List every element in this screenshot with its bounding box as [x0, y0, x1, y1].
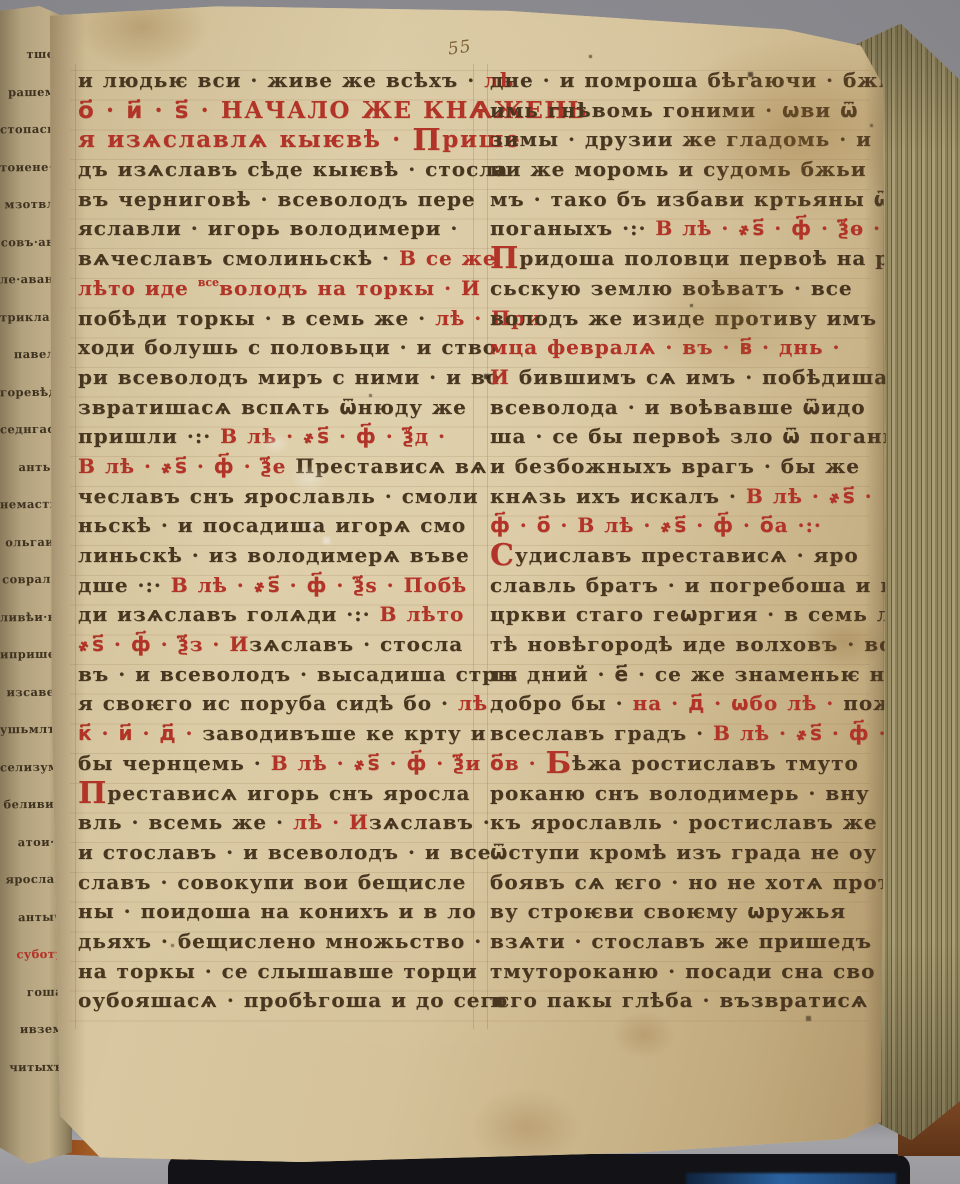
- ink-text: на торкы · се слышавше торци: [78, 959, 478, 983]
- rubric-text: В лѣто: [380, 602, 465, 626]
- ink-text: всеволода · и воѣвавше ѿидо: [490, 395, 866, 419]
- ink-text: заводивъше ке крту и: [202, 721, 486, 745]
- text-line: к҃ · и҃ · д҃ · заводивъше ке крту и: [78, 719, 478, 749]
- text-line: имь гнѣвомь гоними · ѡви ѿ: [490, 96, 888, 126]
- ink-text: и людьѥ вси · живе же всѣхъ ·: [78, 68, 484, 92]
- ink-text: роканю снъ володимерь · вну: [490, 781, 870, 805]
- ink-text: поганыхъ ·:·: [490, 216, 655, 240]
- ink-text: въ черниговѣ · всеволодъ пере: [78, 187, 476, 211]
- rubric-text: мца февралѧ · въ · в҃ · днь ·: [490, 335, 840, 359]
- text-line: въ черниговѣ · всеволодъ пере: [78, 185, 478, 215]
- ink-text: взѧти · стославъ же пришедъ: [490, 929, 872, 953]
- ink-text: дне · и помроша бѣгаючи · бжь: [490, 68, 893, 92]
- ink-text: ѥго пакы глѣба · възвратисѧ: [490, 988, 868, 1012]
- text-line: ди изѧславъ голѧди ·:· В лѣто: [78, 600, 478, 630]
- ink-text: ѣжа ростиславъ тмуто: [572, 751, 859, 775]
- text-line: тѣ новѣгородѣ иде волховъ · вспѧ: [490, 630, 888, 660]
- rubric-text: лѣ · И: [293, 810, 369, 834]
- text-line: мъ · тако бъ избави кртьяны ѿ: [490, 185, 888, 215]
- rubric-text: володъ на торкы · И: [219, 276, 481, 300]
- ink-text: славъ · совокупи вои бещисле: [78, 870, 466, 894]
- ink-text: зѧславъ · стосла: [249, 632, 463, 656]
- ink-text: ходи болушь с половьци · и ство: [78, 335, 497, 359]
- text-line: лѣто иде всеволодъ на торкы · И: [78, 274, 478, 304]
- text-line: роканю снъ володимерь · вну: [490, 779, 888, 809]
- ink-text: сьскую землю воѣватъ · все: [490, 276, 853, 300]
- rubric-text: В лѣ · ҂ѕ҃ · ф҃ · ѯ҃д ·: [220, 424, 446, 448]
- text-line: сьскую землю воѣватъ · все: [490, 274, 888, 304]
- text-line: ша · се бы первоѣ зло ѿ поганы: [490, 422, 888, 452]
- text-line: цркви стаго геѡргия · в семь лѣ: [490, 600, 888, 630]
- right-text-column: дне · и помроша бѣгаючи · бжьимь гнѣвомь…: [490, 66, 888, 1016]
- rubric-text: И: [490, 365, 510, 389]
- text-line: и стославъ · и всеволодъ · и все: [78, 838, 478, 868]
- text-line: побѣди торкы · в семь же · лѣ · При: [78, 304, 478, 334]
- text-line: на торкы · се слышавше торци: [78, 957, 478, 987]
- ink-text: дъ изѧславъ сѣде кыѥвѣ · стосла: [78, 157, 508, 181]
- text-line: ни же моромь и судомь бжьи: [490, 155, 888, 185]
- text-line: ри всеволодъ миръ с ними · и во: [78, 363, 478, 393]
- text-line: къ ярославль · ростиславъ же: [490, 808, 888, 838]
- blue-glint: [686, 1173, 896, 1184]
- text-line: оубояшасѧ · пробѣгоша и до сего: [78, 986, 478, 1016]
- ink-text: зимы · друзии же гладомь · и: [490, 127, 872, 151]
- ink-text: ньскѣ · и посадиша игорѧ смо: [78, 513, 466, 537]
- ink-text: зѧславъ ·: [369, 810, 491, 834]
- left-text-column: и людьѥ вси · живе же всѣхъ · лѣо҃ · и҃ …: [78, 66, 478, 1016]
- rubric-text: ф҃ · о҃ · В лѣ · ҂ѕ҃ · ф҃ · о҃а ·:·: [490, 513, 822, 537]
- text-line: мца февралѧ · въ · в҃ · днь ·: [490, 333, 888, 363]
- rubric-text: ҂ѕ҃ · ф҃ · ѯ҃з · И: [78, 632, 249, 656]
- text-line: Судиславъ престависѧ · яро: [490, 541, 888, 571]
- rubric-text: к҃ · и҃ · д҃ ·: [78, 721, 202, 745]
- ink-text: тѣ новѣгородѣ иде волховъ · вспѧ: [490, 632, 926, 656]
- ink-text: ридоша половци первоѣ на ру: [519, 246, 904, 270]
- ink-text: бившимъ сѧ имъ · побѣдиша: [510, 365, 888, 389]
- ink-text: тмутороканю · посади сна сво: [490, 959, 875, 983]
- rubric-text: о҃в ·: [490, 751, 546, 775]
- rubric-text: П: [78, 776, 107, 811]
- text-line: я изѧславлѧ кыѥвѣ · Прише: [78, 125, 478, 155]
- ink-text: ву строѥви своѥму ѡружья: [490, 899, 846, 923]
- folio-number: 55: [447, 36, 473, 59]
- ink-text: чеславъ снъ ярославль · смоли: [78, 484, 479, 508]
- text-line: славъ · совокупи вои бещисле: [78, 868, 478, 898]
- ink-text: ша · се бы первоѣ зло ѿ поганы: [490, 424, 904, 448]
- text-line: яславли · игорь володимери ·: [78, 214, 478, 244]
- ruling-guide-left: [75, 64, 76, 1029]
- text-line: всеволода · и воѣвавше ѿидо: [490, 393, 888, 423]
- ink-text: Престависѧ вѧ: [295, 454, 487, 478]
- rubric-text: В лѣ · ҂ѕ҃ · ф҃ · ѯ҃ѳ ·: [655, 216, 881, 240]
- text-line: ѥго пакы глѣба · възвратисѧ: [490, 986, 888, 1016]
- ink-text: яславли · игорь володимери ·: [78, 216, 458, 240]
- text-line: о҃ · и҃ · ѕ҃ · НАЧАЛО ЖЕ КНѦЖЕНЬ: [78, 96, 478, 126]
- rubric-text: В лѣ · ҂ѕ҃ · ф҃ · ѯ҃ѕ · Побѣ: [171, 573, 467, 597]
- ink-text: линьскѣ · из володимерѧ въве: [78, 543, 470, 567]
- rubric-text: В лѣ · ҂ѕ҃ · ф҃ · ѯ҃е: [78, 454, 295, 478]
- rubric-text: В лѣ · ҂ѕ҃ ·: [746, 484, 873, 508]
- text-line: володъ же изиде противу имъ ·: [490, 304, 888, 334]
- ink-text: оубояшасѧ · пробѣгоша и до сего: [78, 988, 508, 1012]
- text-line: я своѥго ис поруба сидѣ бо · лѣ: [78, 689, 478, 719]
- rubric-text: лѣто иде: [78, 276, 198, 300]
- ink-text: вѧчеславъ смолиньскѣ ·: [78, 246, 399, 270]
- text-line: ходи болушь с половьци · и ство: [78, 333, 478, 363]
- text-line: Престависѧ игорь снъ яросла: [78, 779, 478, 809]
- ink-text: пришли ·:·: [78, 424, 220, 448]
- ink-text: всеславъ градъ ·: [490, 721, 713, 745]
- rubric-text: П: [490, 241, 519, 276]
- text-line: ть дний · е҃ · се же знаменьѥ не: [490, 660, 888, 690]
- rubric-text: В се же: [399, 246, 497, 270]
- ink-text: и стославъ · и всеволодъ · и все: [78, 840, 492, 864]
- text-line: тмутороканю · посади сна сво: [490, 957, 888, 987]
- ink-text: добро бы ·: [490, 691, 633, 715]
- text-line: В лѣ · ҂ѕ҃ · ф҃ · ѯ҃е Престависѧ вѧ: [78, 452, 478, 482]
- ink-text: ѿступи кромѣ изъ града не оу: [490, 840, 877, 864]
- text-line: и людьѥ вси · живе же всѣхъ · лѣ: [78, 66, 478, 96]
- ink-text: побѣди торкы · в семь же ·: [78, 306, 435, 330]
- ink-text: вль · всемь же ·: [78, 810, 293, 834]
- text-line: бы чернцемь · В лѣ · ҂ѕ҃ · ф҃ · ѯ҃и ·: [78, 749, 478, 779]
- ink-text: кнѧзь ихъ искалъ ·: [490, 484, 746, 508]
- ink-text: ри всеволодъ миръ с ними · и во: [78, 365, 500, 389]
- text-line: ѿступи кромѣ изъ града не оу: [490, 838, 888, 868]
- rubric-text: П: [412, 123, 442, 158]
- text-line: дьяхъ · бещислено множьство ·: [78, 927, 478, 957]
- rubric-text: В лѣ · ҂ѕ҃ · ф҃ ·: [713, 721, 887, 745]
- text-line: звратишасѧ вспѧть ѿнюду же: [78, 393, 478, 423]
- text-line: И бившимъ сѧ имъ · побѣдиша: [490, 363, 888, 393]
- ink-text: володъ же изиде противу имъ ·: [490, 306, 894, 330]
- ink-text: я своѥго ис поруба сидѣ бо ·: [78, 691, 458, 715]
- text-line: дъ изѧславъ сѣде кыѥвѣ · стосла: [78, 155, 478, 185]
- rubric-text: Б: [546, 746, 573, 781]
- rubric-text: на · д҃ · ѡбо лѣ ·: [633, 691, 844, 715]
- ruling-guide-col2-left: [487, 64, 488, 1029]
- ink-text: цркви стаго геѡргия · в семь лѣ: [490, 602, 907, 626]
- ink-text: славль братъ · и погребоша и въ: [490, 573, 912, 597]
- ink-text: ди изѧславъ голѧди ·:·: [78, 602, 380, 626]
- ink-text: звратишасѧ вспѧть ѿнюду же: [78, 395, 467, 419]
- text-line: дне · и помроша бѣгаючи · бжь: [490, 66, 888, 96]
- text-line: и безбожныхъ врагъ · бы же: [490, 452, 888, 482]
- rubric-text: С: [490, 538, 515, 573]
- ink-text: боявъ сѧ ѥго · но не хотѧ проти: [490, 870, 907, 894]
- ink-text: ни же моромь и судомь бжьи: [490, 157, 867, 181]
- text-line: дше ·:· В лѣ · ҂ѕ҃ · ф҃ · ѯ҃ѕ · Побѣ: [78, 571, 478, 601]
- ink-text: ть дний · е҃ · се же знаменьѥ не: [490, 662, 899, 686]
- text-line: зимы · друзии же гладомь · и: [490, 125, 888, 155]
- text-line: о҃в · Бѣжа ростиславъ тмуто: [490, 749, 888, 779]
- text-line: ньскѣ · и посадиша игорѧ смо: [78, 511, 478, 541]
- ink-text: бы чернцемь ·: [78, 751, 271, 775]
- rubric-text: В лѣ · ҂ѕ҃ · ф҃ · ѯ҃и ·: [271, 751, 498, 775]
- text-line: пришли ·:· В лѣ · ҂ѕ҃ · ф҃ · ѯ҃д ·: [78, 422, 478, 452]
- ink-text: къ ярославль · ростиславъ же: [490, 810, 878, 834]
- ink-text: удиславъ престависѧ · яро: [515, 543, 859, 567]
- ink-text: дьяхъ · бещислено множьство ·: [78, 929, 482, 953]
- rubric-text: все: [198, 276, 219, 289]
- text-line: въ · и всеволодъ · высадиша стры: [78, 660, 478, 690]
- ink-text: ны · поидоша на конихъ и в ло: [78, 899, 477, 923]
- text-line: ву строѥви своѥму ѡружья: [490, 897, 888, 927]
- manuscript-page: 55 и людьѥ вси · живе же всѣхъ · лѣо҃ · …: [50, 4, 886, 1162]
- manuscript-photo: тшелрашемустопаснутоиене·аммзотвласовъ·а…: [0, 0, 960, 1184]
- text-line: поганыхъ ·:· В лѣ · ҂ѕ҃ · ф҃ · ѯ҃ѳ ·: [490, 214, 888, 244]
- text-line: чеславъ снъ ярославль · смоли: [78, 482, 478, 512]
- text-line: Придоша половци первоѣ на ру: [490, 244, 888, 274]
- text-line: славль братъ · и погребоша и въ: [490, 571, 888, 601]
- text-line: вль · всемь же · лѣ · Изѧславъ ·: [78, 808, 478, 838]
- text-line: взѧти · стославъ же пришедъ: [490, 927, 888, 957]
- text-line: ҂ѕ҃ · ф҃ · ѯ҃з · Изѧславъ · стосла: [78, 630, 478, 660]
- text-line: ф҃ · о҃ · В лѣ · ҂ѕ҃ · ф҃ · о҃а ·:·: [490, 511, 888, 541]
- text-line: вѧчеславъ смолиньскѣ · В се же: [78, 244, 478, 274]
- ink-text: и безбожныхъ врагъ · бы же: [490, 454, 860, 478]
- ink-text: имь гнѣвомь гоними · ѡви ѿ: [490, 98, 858, 122]
- rubric-text: я изѧславлѧ кыѥвѣ ·: [78, 126, 412, 153]
- text-line: всеславъ градъ · В лѣ · ҂ѕ҃ · ф҃ ·: [490, 719, 888, 749]
- ink-text: дше ·:·: [78, 573, 171, 597]
- ink-text: мъ · тако бъ избави кртьяны ѿ: [490, 187, 892, 211]
- text-line: ны · поидоша на конихъ и в ло: [78, 897, 478, 927]
- text-line: боявъ сѧ ѥго · но не хотѧ проти: [490, 868, 888, 898]
- ink-text: въ · и всеволодъ · высадиша стры: [78, 662, 518, 686]
- text-line: кнѧзь ихъ искалъ · В лѣ · ҂ѕ҃ ·: [490, 482, 888, 512]
- ink-text: рестависѧ игорь снъ яросла: [107, 781, 470, 805]
- text-line: линьскѣ · из володимерѧ въве: [78, 541, 478, 571]
- text-line: добро бы · на · д҃ · ѡбо лѣ · пожже: [490, 689, 888, 719]
- rubric-text: лѣ: [458, 691, 488, 715]
